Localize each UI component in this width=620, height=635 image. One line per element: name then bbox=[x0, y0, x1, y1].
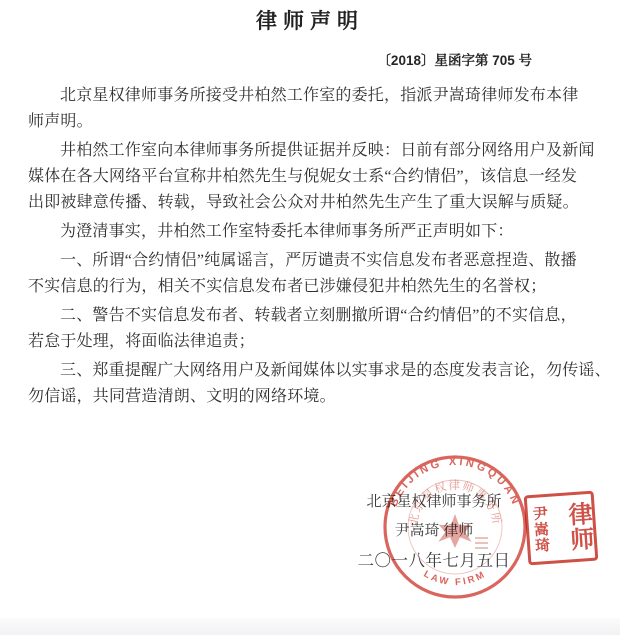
paragraph: 一、所谓“合约情侣”纯属谣言，严厉谴责不实信息发布者恶意捏造、散播 不实信息的行… bbox=[28, 248, 620, 300]
document-body: 北京星权律师事务所接受井柏然工作室的委托，指派尹嵩琦律师发布本律 师声明。 井柏… bbox=[0, 83, 620, 410]
lawyer-square-seal-icon: 尹嵩琦 律师 bbox=[524, 491, 599, 566]
paragraph-line: 勿信谣，共同营造清朗、文明的网络环境。 bbox=[28, 384, 620, 410]
svg-text:LAW FIRM: LAW FIRM bbox=[422, 569, 489, 588]
paragraph-line: 媒体在各大网络平台宣称井柏然先生与倪妮女士系“合约情侣”，该信息一经发 bbox=[28, 164, 620, 190]
paragraph-line: 若怠于处理，将面临法律追责； bbox=[28, 329, 620, 355]
star-icon bbox=[438, 514, 471, 548]
paragraph: 北京星权律师事务所接受井柏然工作室的委托，指派尹嵩琦律师发布本律 师声明。 bbox=[28, 83, 620, 135]
lawyer-statement-page: 律师声明 〔2018〕星函字第 705 号 北京星权律师事务所接受井柏然工作室的… bbox=[0, 0, 620, 635]
paragraph: 三、郑重提醒广大网络用户及新闻媒体以实事求是的态度发表言论，勿传谣、 勿信谣，共… bbox=[28, 358, 620, 410]
paragraph-line: 北京星权律师事务所接受井柏然工作室的委托，指派尹嵩琦律师发布本律 bbox=[28, 83, 620, 109]
reference-number: 〔2018〕星函字第 705 号 bbox=[0, 51, 620, 70]
paragraph-line: 出即被肆意传播、转载，导致社会公众对井柏然先生产生了重大误解与质疑。 bbox=[28, 190, 620, 216]
square-seal-lawyer-name: 尹嵩琦 bbox=[530, 505, 548, 554]
paragraph-line: 不实信息的行为，相关不实信息发布者已涉嫌侵犯井柏然先生的名誉权； bbox=[28, 274, 620, 300]
paragraph-line: 三、郑重提醒广大网络用户及新闻媒体以实事求是的态度发表言论，勿传谣、 bbox=[28, 358, 620, 384]
paragraph-line: 一、所谓“合约情侣”纯属谣言，严厉谴责不实信息发布者恶意捏造、散播 bbox=[28, 248, 620, 274]
seal-english-bottom-text: LAW FIRM bbox=[422, 569, 489, 588]
paragraph-line: 为澄清事实，井柏然工作室特委托本律师事务所严正声明如下： bbox=[28, 219, 620, 245]
paragraph-line: 师声明。 bbox=[28, 109, 620, 135]
document-title: 律师声明 bbox=[38, 6, 582, 36]
paragraph: 井柏然工作室向本律师事务所提供证据并反映：日前有部分网络用户及新闻 媒体在各大网… bbox=[28, 138, 620, 216]
paragraph-line: 二、警告不实信息发布者、转载者立刻删撤所谓“合约情侣”的不实信息， bbox=[28, 303, 620, 329]
page-bottom-edge bbox=[0, 618, 620, 635]
law-firm-round-seal-icon: BEIJING XINGQUAN LAW FIRM 北京星权律师事务所 bbox=[380, 452, 530, 602]
paragraph-line: 井柏然工作室向本律师事务所提供证据并反映：日前有部分网络用户及新闻 bbox=[28, 138, 620, 164]
paragraph: 为澄清事实，井柏然工作室特委托本律师事务所严正声明如下： bbox=[28, 219, 620, 245]
paragraph: 二、警告不实信息发布者、转载者立刻删撤所谓“合约情侣”的不实信息， 若怠于处理，… bbox=[28, 303, 620, 355]
square-seal-lawyer-title: 律师 bbox=[564, 501, 591, 553]
